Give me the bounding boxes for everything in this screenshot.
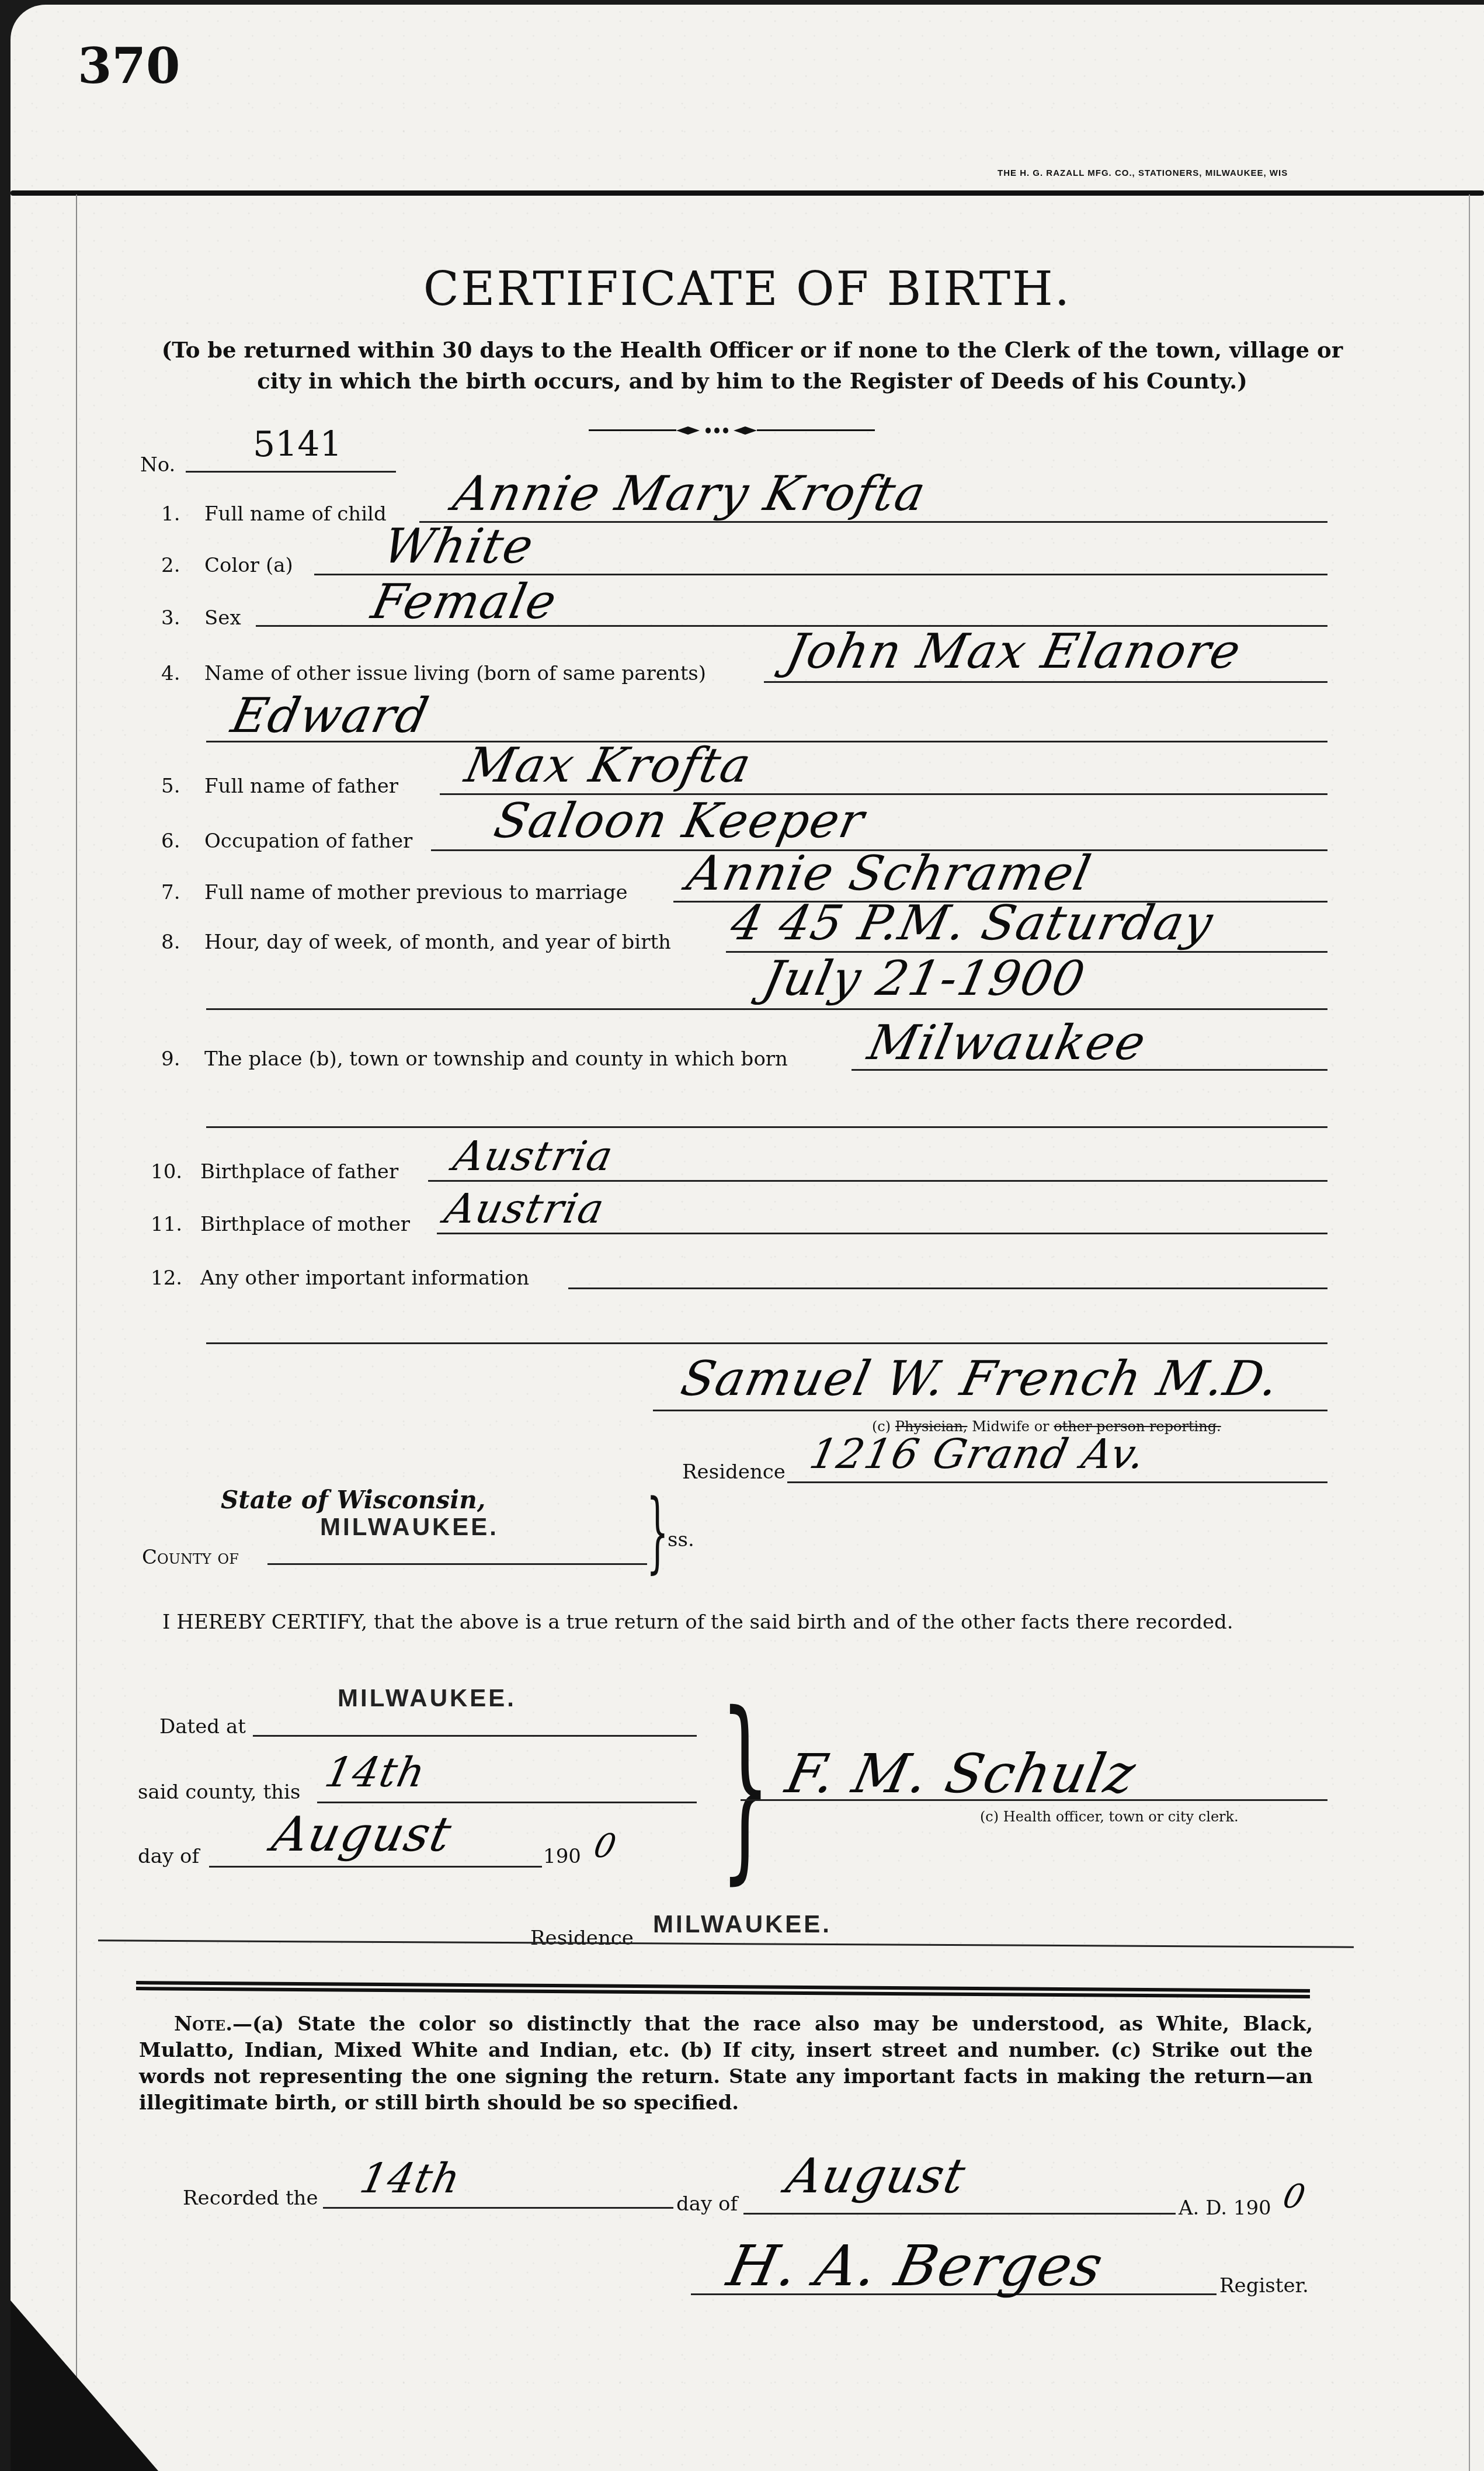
field-3-number: 3.	[161, 606, 180, 630]
footnote-text: —(a) State the color so distinctly that …	[139, 2012, 1313, 2115]
field-8-line-2	[206, 1008, 1327, 1010]
footnote-heading: Note.	[174, 2012, 232, 2036]
officer-caption: (c) Health officer, town or city clerk.	[980, 1809, 1239, 1825]
birthplace-value: Milwaukee	[863, 1015, 1151, 1071]
field-9-line-2	[206, 1126, 1327, 1128]
field-1-number: 1.	[161, 502, 180, 526]
certification-residence-label: Residence	[530, 1927, 634, 1950]
field-7-label: Full name of mother previous to marriage	[204, 881, 628, 904]
field-10-number: 10.	[151, 1160, 182, 1184]
brace-icon: }	[647, 1488, 669, 1576]
field-12-line	[568, 1287, 1327, 1289]
field-5-label: Full name of father	[204, 775, 398, 798]
number-label: No.	[140, 453, 175, 477]
residence-stamp: MILWAUKEE.	[653, 1910, 832, 1938]
said-county-day-line	[317, 1802, 697, 1803]
page-number: 370	[78, 37, 180, 95]
reporter-signature-line	[653, 1410, 1327, 1411]
document-title: CERTIFICATE OF BIRTH.	[11, 262, 1484, 316]
child-name-value: Annie Mary Krofta	[449, 466, 931, 522]
reporter-residence-value: 1216 Grand Av.	[805, 1430, 1150, 1478]
right-margin-rule	[1469, 195, 1470, 2471]
footnote: Note.—(a) State the color so distinctly …	[139, 2011, 1313, 2116]
printer-imprint: THE H. G. RAZALL MFG. CO., STATIONERS, M…	[998, 168, 1288, 178]
reporter-residence-line	[787, 1481, 1327, 1483]
day-of-month-line	[209, 1866, 542, 1868]
field-10-label: Birthplace of father	[200, 1160, 398, 1184]
field-7-number: 7.	[161, 881, 180, 904]
dated-at-line	[253, 1735, 697, 1737]
sex-value: Female	[367, 574, 562, 630]
recorded-month-value: August	[781, 2149, 971, 2204]
dated-at-label: Dated at	[159, 1715, 246, 1738]
recorded-year-suffix: 0	[1280, 2178, 1309, 2216]
certification-year-suffix: 0	[590, 1827, 620, 1865]
officer-signature: F. M. Schulz	[781, 1743, 1142, 1805]
certification-text: I HEREBY CERTIFY, that the above is a tr…	[139, 1605, 1325, 1639]
certificate-page: 370 THE H. G. RAZALL MFG. CO., STATIONER…	[11, 5, 1484, 2471]
field-11-label: Birthplace of mother	[200, 1213, 410, 1236]
register-label: Register.	[1219, 2274, 1309, 2298]
reporter-residence-label: Residence	[682, 1460, 786, 1484]
field-2-number: 2.	[161, 554, 180, 577]
recorded-month-line	[743, 2213, 1176, 2215]
folded-corner	[11, 2300, 162, 2471]
said-county-label: said county, this	[138, 1781, 300, 1804]
recorded-label: Recorded the	[183, 2187, 318, 2210]
birth-time-value: 4 45 P.M. Saturday	[726, 896, 1218, 951]
other-issue-value-line2: Edward	[227, 688, 434, 744]
birth-date-value: July 21-1900	[758, 951, 1090, 1007]
state-heading: State of Wisconsin,	[221, 1486, 485, 1514]
ad-label: A. D. 190	[1179, 2196, 1271, 2220]
field-6-label: Occupation of father	[204, 830, 412, 853]
reporter-signature: Samuel W. French M.D.	[676, 1351, 1285, 1407]
field-6-number: 6.	[161, 830, 180, 853]
dated-at-stamp: MILWAUKEE.	[338, 1684, 516, 1712]
certification-day-value: 14th	[321, 1748, 430, 1796]
number-line	[186, 471, 396, 473]
return-instruction: (To be returned within 30 days to the He…	[145, 335, 1360, 397]
field-10-line	[428, 1180, 1327, 1182]
recorded-day-of-label: day of	[676, 2192, 738, 2216]
field-8-label: Hour, day of week, of month, and year of…	[204, 931, 671, 954]
certification-brace-icon: }	[720, 1687, 771, 1886]
top-rule	[11, 190, 1484, 196]
field-4-line	[764, 681, 1327, 683]
ornament-divider-icon	[589, 426, 875, 435]
left-margin-rule	[76, 195, 77, 2471]
certification-year-prefix: 190	[543, 1845, 581, 1868]
day-of-label: day of	[138, 1845, 199, 1868]
county-line	[267, 1563, 647, 1565]
register-signature: H. A. Berges	[722, 2233, 1110, 2299]
field-8-number: 8.	[161, 931, 180, 954]
field-11-line	[437, 1233, 1327, 1234]
mother-birthplace-value: Austria	[440, 1185, 609, 1233]
field-9-number: 9.	[161, 1047, 180, 1071]
double-rule-divider	[136, 1981, 1310, 1998]
field-3-label: Sex	[204, 606, 241, 630]
county-stamp: MILWAUKEE.	[320, 1513, 499, 1541]
recorded-day-line	[323, 2207, 673, 2209]
other-issue-value: John Max Elanore	[781, 624, 1246, 679]
field-2-label: Color (a)	[204, 554, 293, 577]
certification-month-value: August	[267, 1807, 457, 1862]
certification-residence-line	[98, 1939, 1354, 1948]
ss-label: ss.	[668, 1528, 694, 1552]
father-birthplace-value: Austria	[449, 1132, 618, 1180]
father-occupation-value: Saloon Keeper	[489, 793, 870, 849]
field-1-label: Full name of child	[204, 502, 387, 526]
certificate-number: 5141	[253, 424, 342, 465]
field-9-label: The place (b), town or township and coun…	[204, 1047, 788, 1071]
field-5-number: 5.	[161, 775, 180, 798]
field-4-label: Name of other issue living (born of same…	[204, 662, 706, 685]
father-name-value: Max Krofta	[460, 738, 756, 793]
county-label: County of	[142, 1546, 239, 1569]
field-4-number: 4.	[161, 662, 180, 685]
mother-maiden-name-value: Annie Schramel	[682, 846, 1096, 901]
color-value: White	[378, 519, 539, 574]
recorded-day-value: 14th	[356, 2154, 465, 2202]
field-12-label: Any other important information	[200, 1266, 529, 1290]
field-12-number: 12.	[151, 1266, 182, 1290]
field-11-number: 11.	[151, 1213, 182, 1236]
field-12-line-2	[206, 1342, 1327, 1344]
